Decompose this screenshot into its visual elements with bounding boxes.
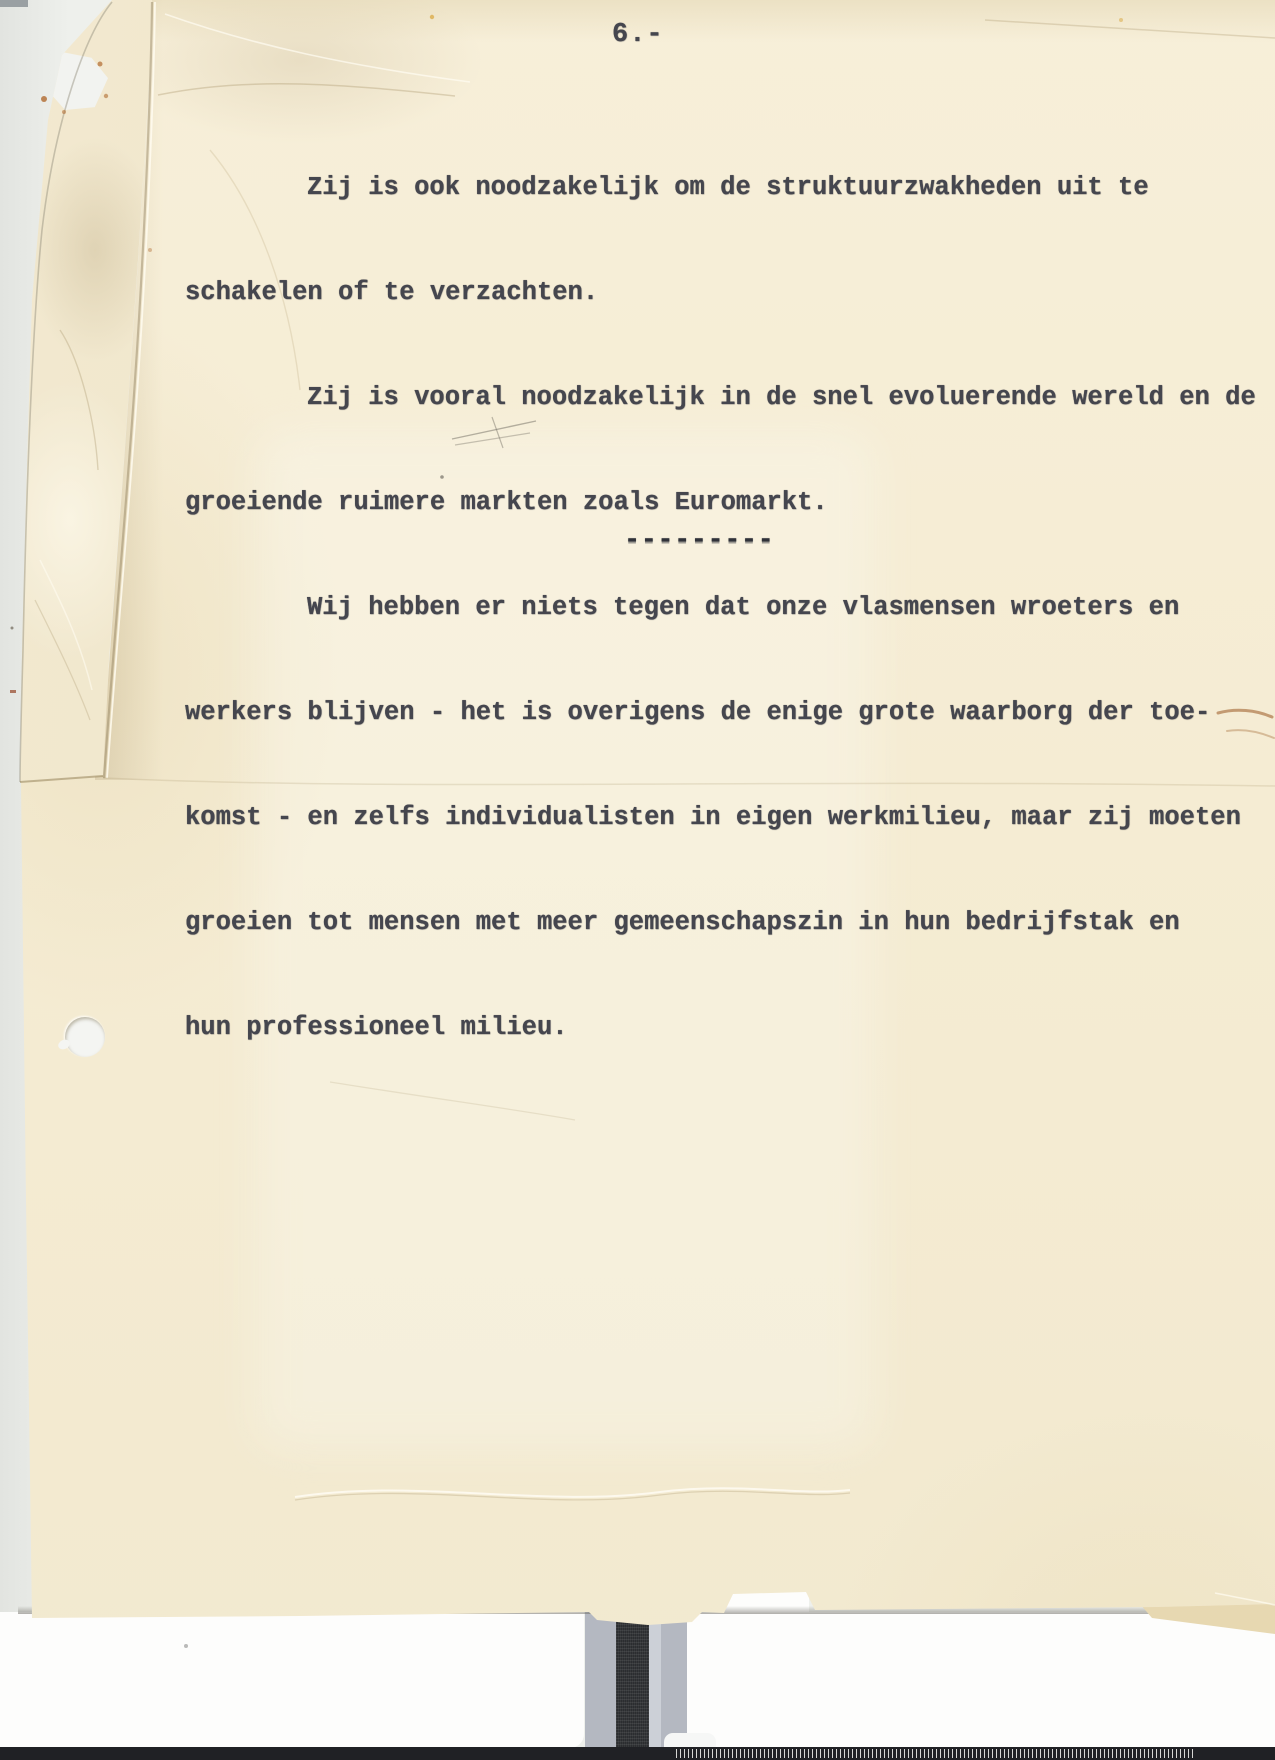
punch-hole <box>65 1017 105 1057</box>
scanner-lid-panel-right <box>687 1612 1275 1752</box>
torn-hole <box>42 52 108 110</box>
typed-line: Wij hebben er niets tegen dat onze vlasm… <box>185 590 1255 625</box>
typed-line: Zij is ook noodzakelijk om de struktuurz… <box>185 170 1255 205</box>
page-number: 6.- <box>612 20 664 50</box>
typed-line: groeiende ruimere markten zoals Euromark… <box>185 485 1255 520</box>
typed-text-block: Zij is ook noodzakelijk om de struktuurz… <box>185 100 1255 1115</box>
typed-line: komst - en zelfs individualisten in eige… <box>185 800 1255 835</box>
scanner-lid-panel-left <box>0 1612 584 1748</box>
background-speck <box>10 690 16 693</box>
scanned-document-page: 6.- Zij is ook noodzakelijk om de strukt… <box>0 0 1275 1760</box>
scanner-edge-sliver <box>0 0 28 7</box>
typed-line: groeien tot mensen met meer gemeenschaps… <box>185 905 1255 940</box>
document-page: 6.- Zij is ook noodzakelijk om de strukt… <box>0 0 1275 1760</box>
background-speck <box>11 627 14 630</box>
typed-line: hun professioneel milieu. <box>185 1010 1255 1045</box>
typed-line: werkers blijven - het is overigens de en… <box>185 695 1255 730</box>
typed-line: schakelen of te verzachten. <box>185 275 1255 310</box>
rust-speck <box>41 96 47 102</box>
typed-line: Zij is vooral noodzakelijk in de snel ev… <box>185 380 1255 415</box>
typed-dashed-separator: --------- <box>624 526 774 556</box>
scanner-ruler-ticks <box>676 1749 1196 1758</box>
